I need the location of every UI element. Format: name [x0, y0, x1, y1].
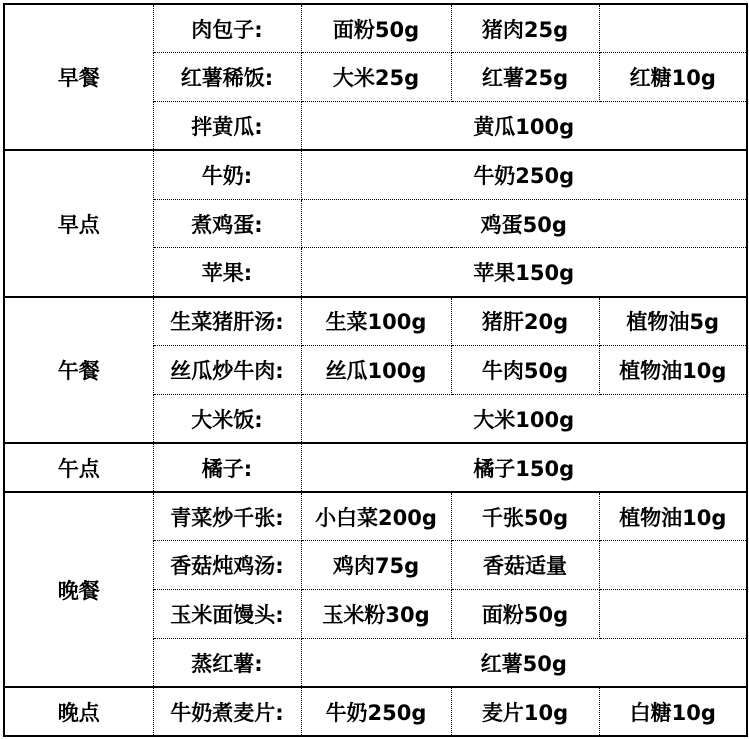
table-row: 午餐 生菜猪肝汤: 生菜100g 猪肝20g 植物油5g: [4, 297, 747, 346]
dish-cell: 蒸红薯:: [153, 638, 301, 687]
ingredient-cell: 小白菜200g: [301, 492, 451, 541]
ingredient-cell: 鸡肉75g: [301, 541, 451, 590]
ingredient-cell-empty: [599, 590, 747, 639]
dish-cell: 牛奶煮麦片:: [153, 687, 301, 736]
table-row: 午点 橘子: 橘子150g: [4, 443, 747, 492]
meal-plan-table: 早餐 肉包子: 面粉50g 猪肉25g 红薯稀饭: 大米25g 红薯25g 红糖…: [3, 3, 748, 737]
ingredient-cell: 玉米粉30g: [301, 590, 451, 639]
meal-cell-lunch: 午餐: [4, 297, 153, 443]
dish-cell: 煮鸡蛋:: [153, 199, 301, 248]
ingredient-cell: 生菜100g: [301, 297, 451, 346]
meal-cell-morning-snack: 早点: [4, 150, 153, 296]
table-row: 晚点 牛奶煮麦片: 牛奶250g 麦片10g 白糖10g: [4, 687, 747, 736]
ingredient-cell: 麦片10g: [451, 687, 599, 736]
ingredient-cell: 猪肝20g: [451, 297, 599, 346]
table-row: 早点 牛奶: 牛奶250g: [4, 150, 747, 199]
ingredient-cell: 红糖10g: [599, 53, 747, 102]
ingredient-cell: 丝瓜100g: [301, 346, 451, 395]
ingredient-cell: 面粉50g: [451, 590, 599, 639]
dish-cell: 红薯稀饭:: [153, 53, 301, 102]
dish-cell: 苹果:: [153, 248, 301, 297]
table-row: 早餐 肉包子: 面粉50g 猪肉25g: [4, 4, 747, 53]
dish-cell: 大米饭:: [153, 394, 301, 443]
ingredient-cell-merged: 橘子150g: [301, 443, 747, 492]
meal-cell-evening-snack: 晚点: [4, 687, 153, 736]
ingredient-cell-merged: 黄瓜100g: [301, 102, 747, 151]
dish-cell: 青菜炒千张:: [153, 492, 301, 541]
ingredient-cell: 猪肉25g: [451, 4, 599, 53]
ingredient-cell: 香菇适量: [451, 541, 599, 590]
ingredient-cell: 千张50g: [451, 492, 599, 541]
ingredient-cell-merged: 牛奶250g: [301, 150, 747, 199]
dish-cell: 肉包子:: [153, 4, 301, 53]
ingredient-cell: 牛肉50g: [451, 346, 599, 395]
ingredient-cell-merged: 红薯50g: [301, 638, 747, 687]
ingredient-cell-merged: 苹果150g: [301, 248, 747, 297]
ingredient-cell: 面粉50g: [301, 4, 451, 53]
ingredient-cell: 牛奶250g: [301, 687, 451, 736]
ingredient-cell-merged: 鸡蛋50g: [301, 199, 747, 248]
ingredient-cell-empty: [599, 541, 747, 590]
meal-cell-dinner: 晚餐: [4, 492, 153, 687]
ingredient-cell: 植物油5g: [599, 297, 747, 346]
ingredient-cell-empty: [599, 4, 747, 53]
meal-cell-breakfast: 早餐: [4, 4, 153, 150]
dish-cell: 丝瓜炒牛肉:: [153, 346, 301, 395]
dish-cell: 生菜猪肝汤:: [153, 297, 301, 346]
dish-cell: 拌黄瓜:: [153, 102, 301, 151]
dish-cell: 香菇炖鸡汤:: [153, 541, 301, 590]
ingredient-cell: 植物油10g: [599, 492, 747, 541]
ingredient-cell-merged: 大米100g: [301, 394, 747, 443]
dish-cell: 橘子:: [153, 443, 301, 492]
ingredient-cell: 植物油10g: [599, 346, 747, 395]
ingredient-cell: 白糖10g: [599, 687, 747, 736]
ingredient-cell: 大米25g: [301, 53, 451, 102]
dish-cell: 牛奶:: [153, 150, 301, 199]
meal-cell-afternoon-snack: 午点: [4, 443, 153, 492]
table-row: 晚餐 青菜炒千张: 小白菜200g 千张50g 植物油10g: [4, 492, 747, 541]
ingredient-cell: 红薯25g: [451, 53, 599, 102]
dish-cell: 玉米面馒头:: [153, 590, 301, 639]
